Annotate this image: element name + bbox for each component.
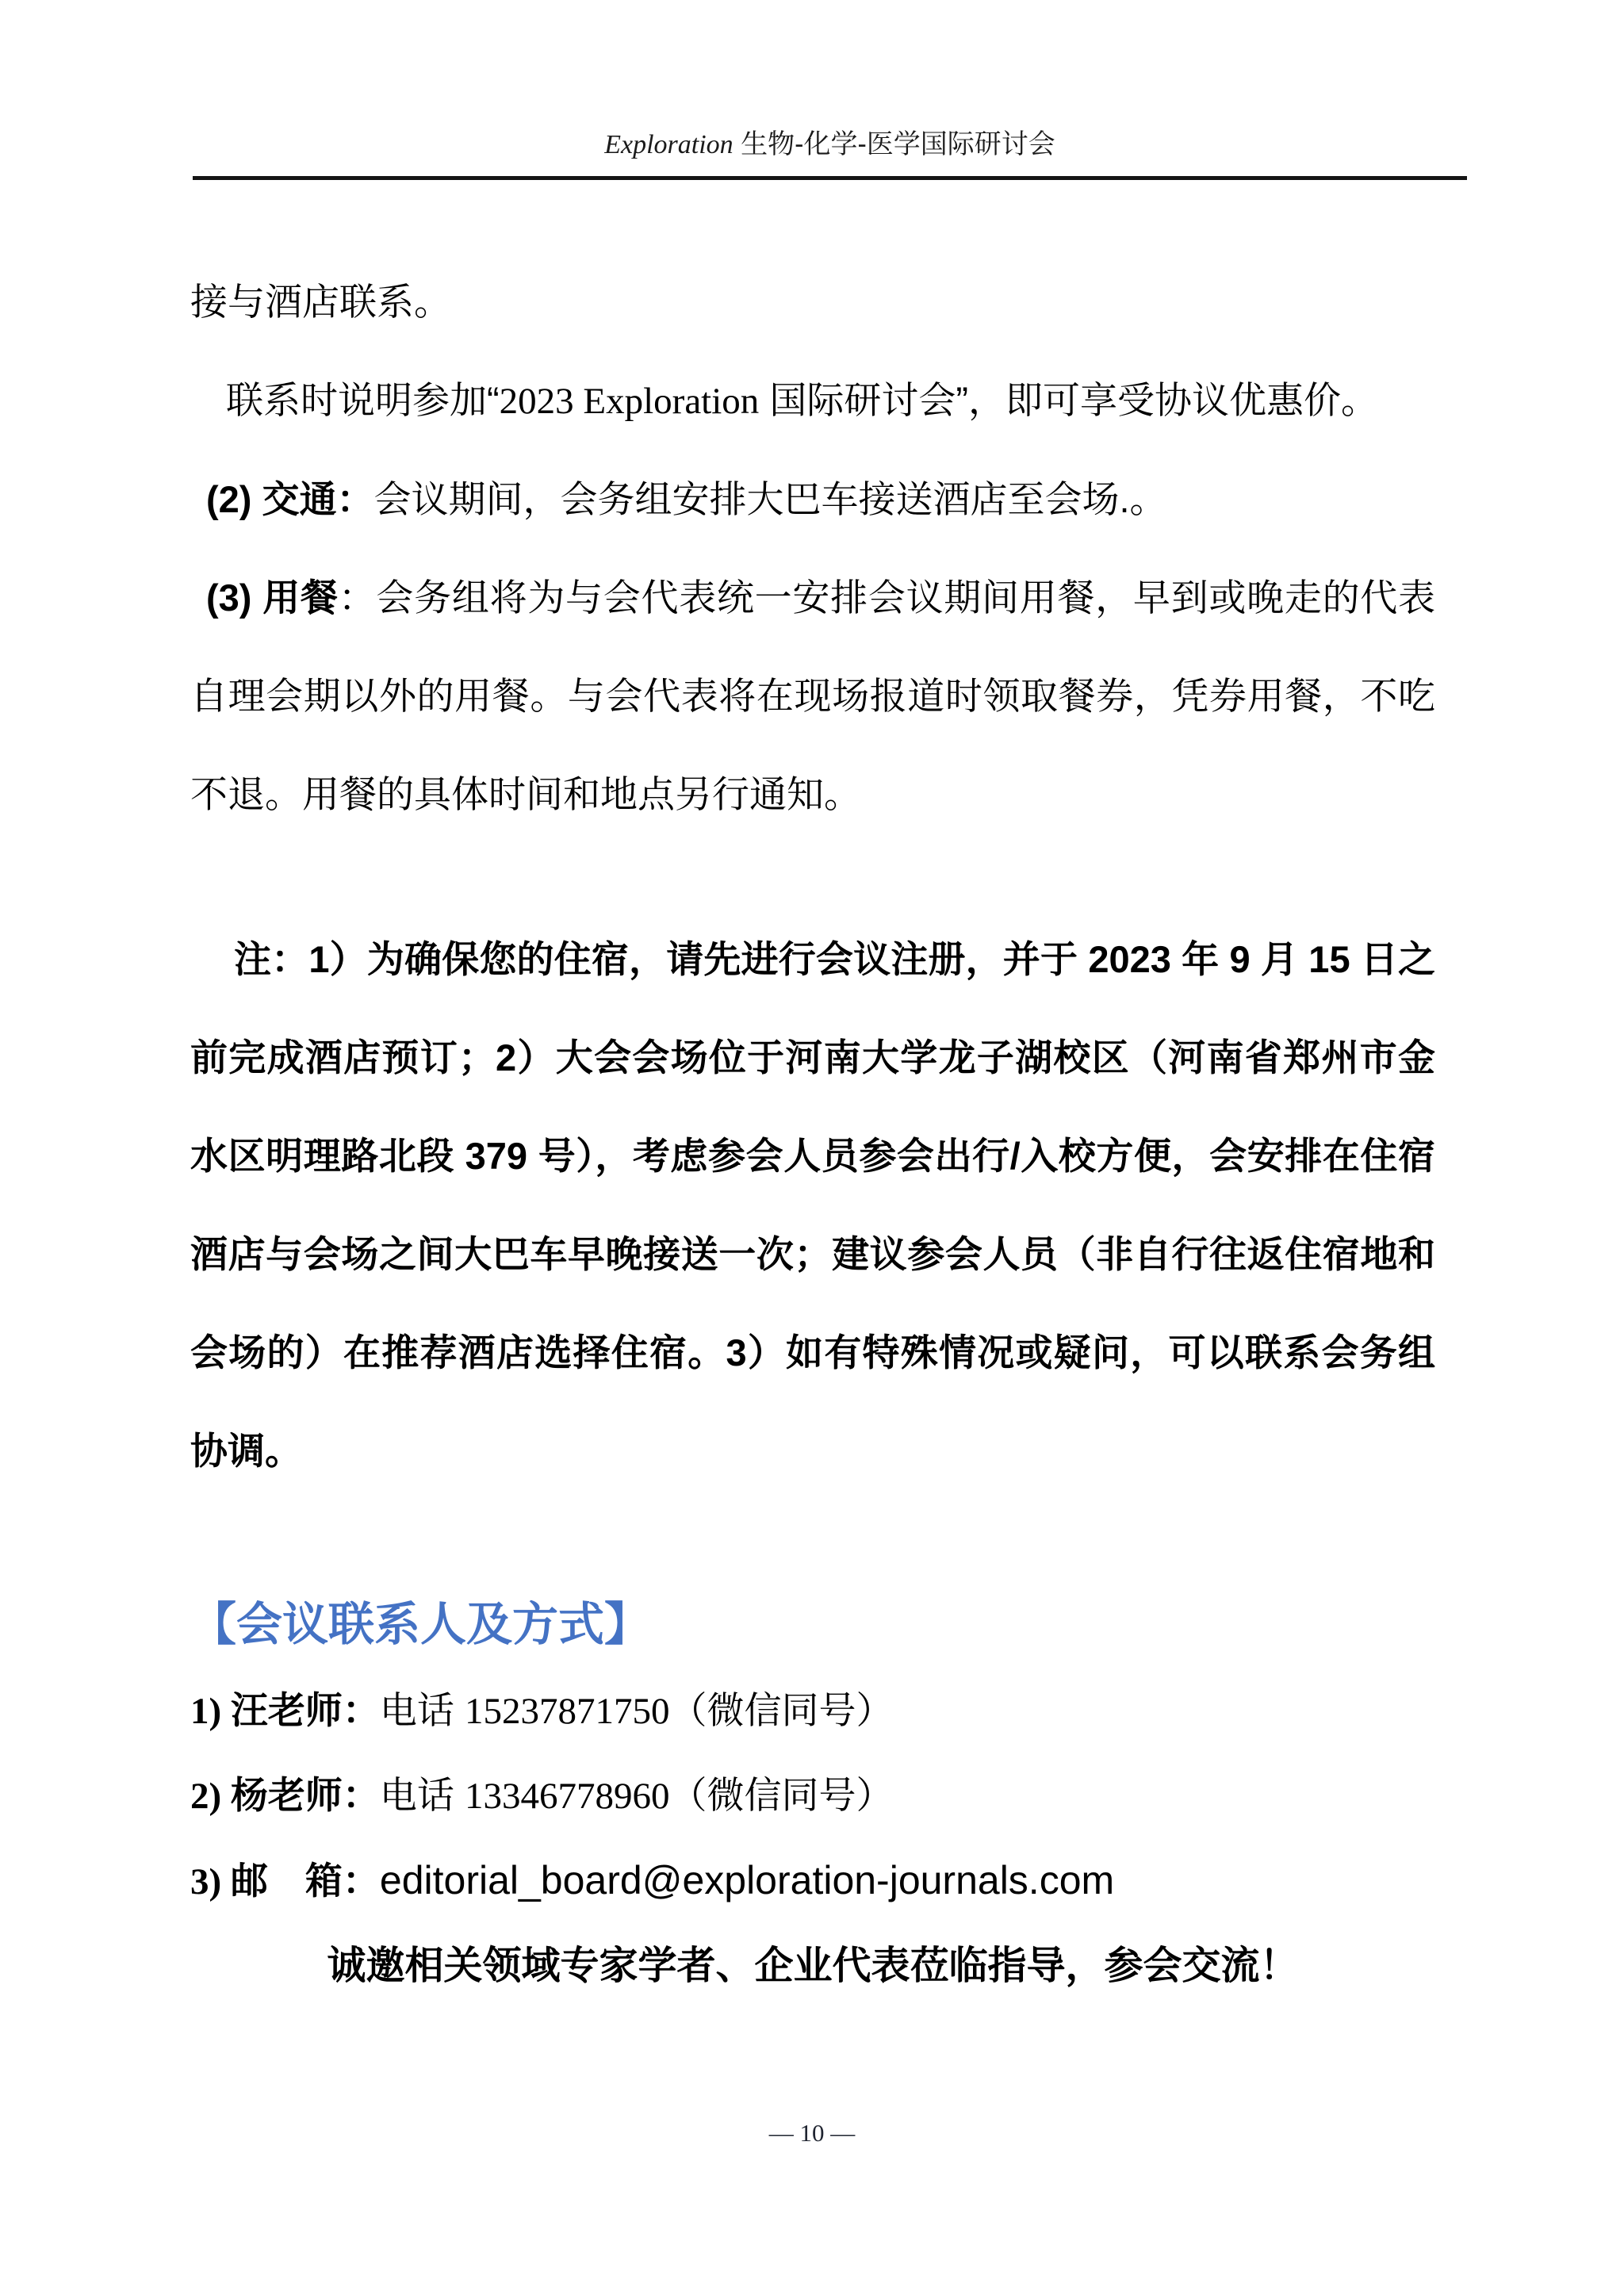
contact-phone-label: 电话 <box>380 1774 465 1816</box>
discount-note-text-end: 国际研讨会”，即可享受协议优惠价。 <box>759 379 1378 421</box>
meals-label: (3) 用餐 <box>206 577 339 619</box>
contact-name: 汪老师： <box>231 1689 380 1731</box>
document-body: 接与酒店联系。 联系时说明参加“2023 Exploration 国际研讨会”，… <box>190 253 1435 2008</box>
paragraph-note: 注：1）为确保您的住宿，请先进行会议注册，并于 2023 年 9 月 15 日之… <box>190 910 1435 1500</box>
paragraph-meals: (3) 用餐：会务组将为与会代表统一安排会议期间用餐，早到或晚走的代表自理会期以… <box>190 549 1435 844</box>
closing-invitation-line: 诚邀相关领域专家学者、企业代表莅临指导，参会交流！ <box>190 1924 1435 2008</box>
contact-name: 杨老师： <box>231 1774 380 1816</box>
contact-phone-number: 13346778960 <box>465 1776 670 1817</box>
paragraph-transport: (2) 交通：会议期间，会务组安排大巴车接送酒店至会场.。 <box>190 450 1435 549</box>
page-header: Exploration 生物-化学-医学国际研讨会 <box>193 127 1467 163</box>
contact-item-email: 3) 邮 箱：editorial_board@exploration-journ… <box>190 1838 1435 1924</box>
paragraph-discount-note: 联系时说明参加“2023 Exploration 国际研讨会”，即可享受协议优惠… <box>190 351 1435 450</box>
contact-number: 3) <box>190 1861 231 1902</box>
transport-label: (2) 交通： <box>206 478 374 520</box>
paragraph-hotel-contact-continuation: 接与酒店联系。 <box>190 253 1435 351</box>
meals-text: 会务组将为与会代表统一安排会议期间用餐，早到或晚走的代表自理会期以外的用餐。与会… <box>190 577 1435 815</box>
conference-year-name: 2023 Exploration <box>500 381 760 422</box>
contact-phone-label: 电话 <box>380 1689 465 1731</box>
contact-wechat-note: （微信同号） <box>669 1774 893 1816</box>
contact-wechat-note: （微信同号） <box>669 1689 893 1731</box>
contact-phone-number: 15237871750 <box>465 1691 670 1732</box>
meals-colon: ： <box>339 577 377 619</box>
contact-email-address: editorial_board@exploration-journals.com <box>380 1858 1114 1902</box>
page-number: — 10 — <box>769 2119 856 2147</box>
document-page: Exploration 生物-化学-医学国际研讨会 接与酒店联系。 联系时说明参… <box>0 0 1624 2295</box>
contact-item-wang: 1) 汪老师：电话 15237871750（微信同号） <box>190 1669 1435 1753</box>
contact-number: 1) <box>190 1691 231 1732</box>
contact-item-yang: 2) 杨老师：电话 13346778960（微信同号） <box>190 1753 1435 1838</box>
page-footer: — 10 — <box>0 2119 1624 2147</box>
discount-note-text-start: 联系时说明参加“ <box>226 379 500 421</box>
contact-email-label: 邮 箱： <box>231 1860 380 1902</box>
transport-text: 会议期间，会务组安排大巴车接送酒店至会场.。 <box>374 478 1167 520</box>
contact-number: 2) <box>190 1776 231 1817</box>
header-journal-name: Exploration <box>604 130 733 159</box>
header-divider-line <box>193 176 1467 180</box>
contacts-section-heading: 【会议联系人及方式】 <box>190 1602 1435 1648</box>
header-conference-name: 生物-化学-医学国际研讨会 <box>733 129 1055 159</box>
